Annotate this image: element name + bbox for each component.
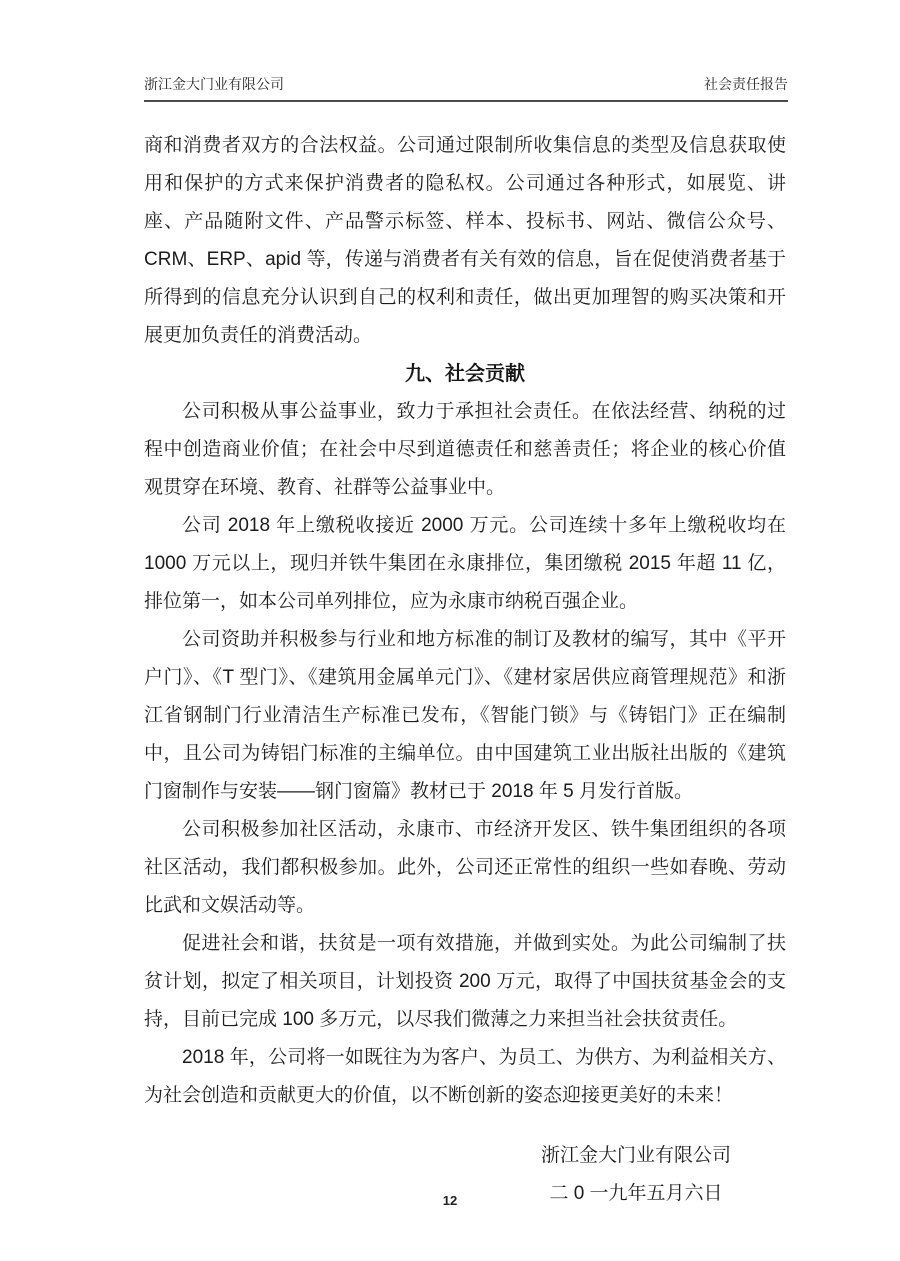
document-body: 商和消费者双方的合法权益。公司通过限制所收集信息的类型及信息获取使用和保护的方式… (144, 127, 786, 1213)
paragraph-poverty-alleviation: 促进社会和谐，扶贫是一项有效措施，并做到实处。为此公司编制了扶贫计划，拟定了相关… (144, 925, 786, 1039)
page-header: 浙江金大门业有限公司 社会责任报告 (144, 74, 788, 102)
header-report-title: 社会责任报告 (704, 74, 788, 94)
paragraph-standards-textbooks: 公司资助并积极参与行业和地方标准的制订及教材的编写，其中《平开户门》、《T 型门… (144, 621, 786, 811)
page-footer: 12 (0, 1193, 900, 1208)
document-page: 浙江金大门业有限公司 社会责任报告 商和消费者双方的合法权益。公司通过限制所收集… (0, 0, 900, 1261)
signature-company-name: 浙江金大门业有限公司 (486, 1137, 786, 1175)
header-company-name: 浙江金大门业有限公司 (144, 74, 284, 94)
paragraph-tax-contribution: 公司 2018 年上缴税收接近 2000 万元。公司连续十多年上缴税收均在 10… (144, 507, 786, 621)
section-heading: 九、社会贡献 (144, 355, 786, 393)
page-number: 12 (443, 1193, 457, 1208)
paragraph-community-activities: 公司积极参加社区活动，永康市、市经济开发区、铁牛集团组织的各项社区活动，我们都积… (144, 811, 786, 925)
paragraph-continuation: 商和消费者双方的合法权益。公司通过限制所收集信息的类型及信息获取使用和保护的方式… (144, 127, 786, 355)
paragraph-closing: 2018 年，公司将一如既往为为客户、为员工、为供方、为利益相关方、为社会创造和… (144, 1039, 786, 1115)
paragraph-public-welfare: 公司积极从事公益事业，致力于承担社会责任。在依法经营、纳税的过程中创造商业价值；… (144, 393, 786, 507)
